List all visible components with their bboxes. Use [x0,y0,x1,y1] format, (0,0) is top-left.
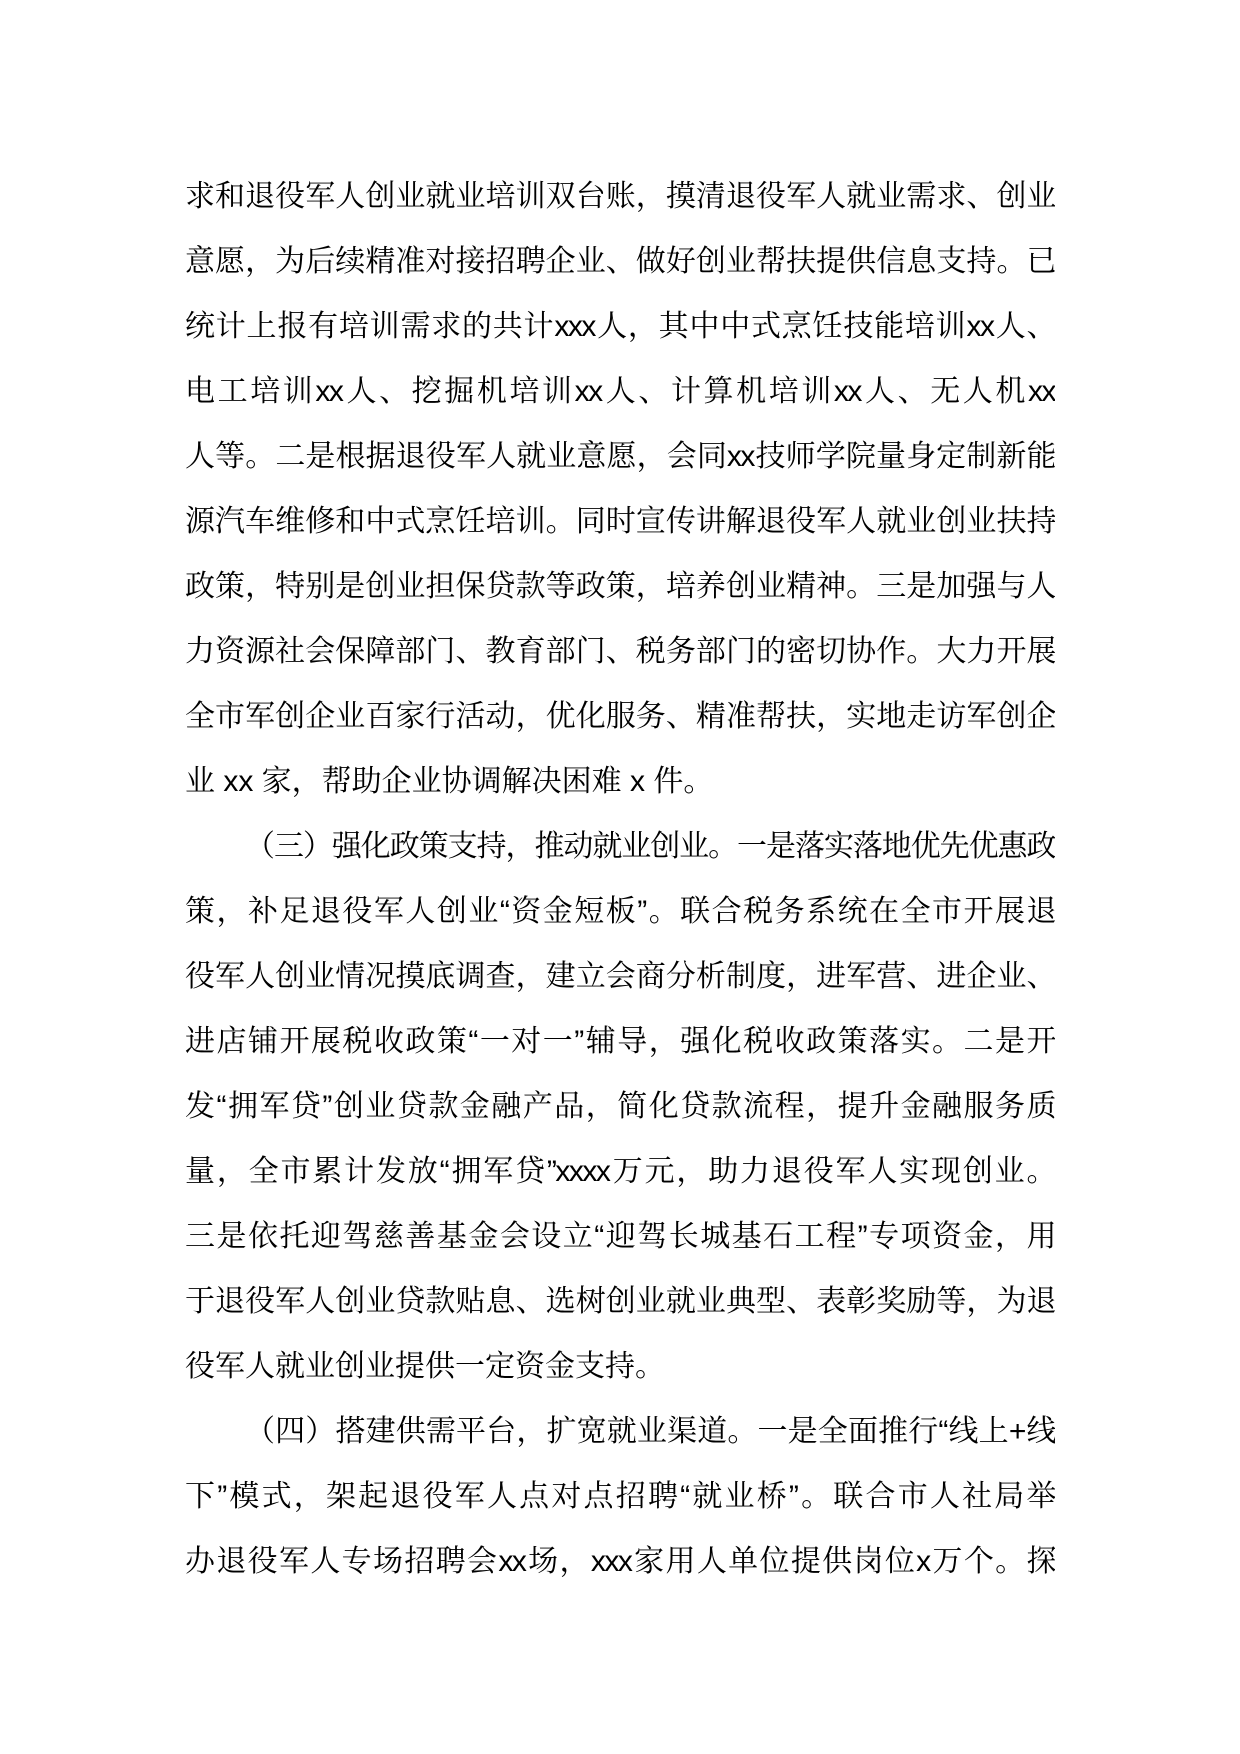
text-line: 于退役军人创业贷款贴息、选树创业就业典型、表彰奖励等，为退 [185,1269,1055,1334]
text-line: 量，全市累计发放“拥军贷”xxxx万元，助力退役军人实现创业。 [185,1139,1055,1204]
text-line: 役军人就业创业提供一定资金支持。 [185,1334,1055,1399]
document-page: 求和退役军人创业就业培训双台账，摸清退役军人就业需求、创业意愿，为后续精准对接招… [0,0,1240,1754]
text-line: 策，补足退役军人创业“资金短板”。联合税务系统在全市开展退 [185,879,1055,944]
text-line: 全市军创企业百家行活动，优化服务、精准帮扶，实地走访军创企 [185,684,1055,749]
text-line: 办退役军人专场招聘会xx场，xxx家用人单位提供岗位x万个。探 [185,1529,1055,1594]
text-line: 源汽车维修和中式烹饪培训。同时宣传讲解退役军人就业创业扶持 [185,489,1055,554]
document-body: 求和退役军人创业就业培训双台账，摸清退役军人就业需求、创业意愿，为后续精准对接招… [185,164,1055,1594]
text-line: （三）强化政策支持，推动就业创业。一是落实落地优先优惠政 [185,814,1055,879]
text-line: 三是依托迎驾慈善基金会设立“迎驾长城基石工程”专项资金，用 [185,1204,1055,1269]
text-line: 下”模式，架起退役军人点对点招聘“就业桥”。联合市人社局举 [185,1464,1055,1529]
text-line: （四）搭建供需平台，扩宽就业渠道。一是全面推行“线上+线 [185,1399,1055,1464]
text-line: 进店铺开展税收政策“一对一”辅导，强化税收政策落实。二是开 [185,1009,1055,1074]
text-line: 力资源社会保障部门、教育部门、税务部门的密切协作。大力开展 [185,619,1055,684]
text-line: 意愿，为后续精准对接招聘企业、做好创业帮扶提供信息支持。已 [185,229,1055,294]
text-line: 发“拥军贷”创业贷款金融产品，简化贷款流程，提升金融服务质 [185,1074,1055,1139]
text-line: 统计上报有培训需求的共计xxx人，其中中式烹饪技能培训xx人、 [185,294,1055,359]
text-line: 业 xx 家，帮助企业协调解决困难 x 件。 [185,749,1055,814]
text-line: 电工培训xx人、挖掘机培训xx人、计算机培训xx人、无人机xx [185,359,1055,424]
text-line: 役军人创业情况摸底调查，建立会商分析制度，进军营、进企业、 [185,944,1055,1009]
text-line: 政策，特别是创业担保贷款等政策，培养创业精神。三是加强与人 [185,554,1055,619]
text-line: 人等。二是根据退役军人就业意愿，会同xx技师学院量身定制新能 [185,424,1055,489]
text-line: 求和退役军人创业就业培训双台账，摸清退役军人就业需求、创业 [185,164,1055,229]
